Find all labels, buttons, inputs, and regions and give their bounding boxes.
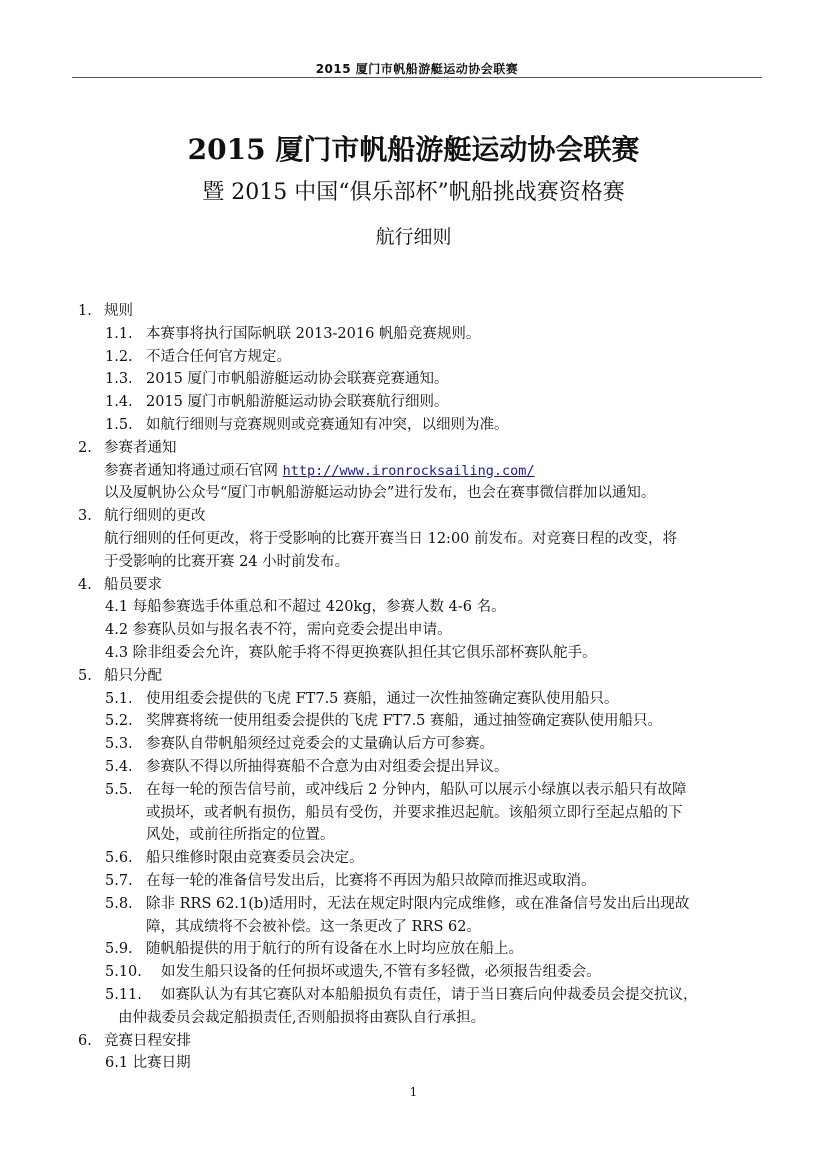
section-title: 航行细则的更改 [104,505,206,528]
item-number: 1.3. [105,368,133,391]
section-number: 5. [78,665,92,688]
list-item: 4.3 除非组委会允许，赛队舵手将不得更换赛队担任其它俱乐部杯赛队舵手。 [0,642,827,665]
document-type-title: 航行细则 [0,222,827,249]
item-number: 5.1. [105,688,133,711]
section-heading: 4. 船员要求 [0,574,827,597]
page-number: 1 [0,1085,827,1099]
section-heading: 1. 规则 [0,300,827,323]
document-subtitle: 暨 2015 中国“俱乐部杯”帆船挑战赛资格赛 [0,175,827,206]
item-text: 如发生船只设备的任何损坏或遗失,不管有多轻微，必须报告组委会。 [161,961,601,984]
document-body: 1. 规则 1.1. 本赛事将执行国际帆联 2013-2016 帆船竞赛规则。 … [0,300,827,1075]
section-title: 参赛者通知 [104,437,177,460]
list-item: 5.10. 如发生船只设备的任何损坏或遗失,不管有多轻微，必须报告组委会。 [0,961,827,984]
list-item: 5.7. 在每一轮的准备信号发出后，比赛将不再因为船只故障而推迟或取消。 [0,870,827,893]
list-item-continuation: 障，其成绩将不会被补偿。这一条更改了 RRS 62。 [0,916,827,939]
item-number: 1.4. [105,391,133,414]
item-text: 或损坏，或者帆有损伤，船员有受伤，并要求推迟起航。该船须立即行至起点船的下 [146,802,683,825]
item-text: 船只维修时限由竞赛委员会决定。 [146,847,364,870]
item-number: 5.10. [105,961,142,984]
item-text: 不适合任何官方规定。 [146,346,291,369]
section-number: 4. [78,574,92,597]
item-text: 参赛队不得以所抽得赛船不合意为由对组委会提出异议。 [146,756,509,779]
list-item: 1.2. 不适合任何官方规定。 [0,346,827,369]
list-item-continuation: 由仲裁委员会裁定船损责任,否则船损将由赛队自行承担。 [0,1007,827,1030]
list-item: 5.4. 参赛队不得以所抽得赛船不合意为由对组委会提出异议。 [0,756,827,779]
list-item: 1.1. 本赛事将执行国际帆联 2013-2016 帆船竞赛规则。 [0,323,827,346]
item-text: 使用组委会提供的飞虎 FT7.5 赛船，通过一次性抽签确定赛队使用船只。 [146,688,619,711]
section-title: 船员要求 [104,574,162,597]
list-item: 1.5. 如航行细则与竞赛规则或竞赛通知有冲突，以细则为准。 [0,414,827,437]
section-heading: 6. 竞赛日程安排 [0,1030,827,1053]
list-item: 5.6. 船只维修时限由竞赛委员会决定。 [0,847,827,870]
running-header: 2015 厦门市帆船游艇运动协会联赛 [72,60,762,77]
item-number: 1.5. [105,414,133,437]
item-number: 5.7. [105,870,133,893]
website-link[interactable]: http://www.ironrocksailing.com/ [283,463,535,479]
item-text: 4.2 参赛队员如与报名表不符，需向竞委会提出申请。 [105,619,452,642]
item-number: 5.3. [105,733,133,756]
list-item: 1.4. 2015 厦门市帆船游艇运动协会联赛航行细则。 [0,391,827,414]
section-title: 竞赛日程安排 [104,1030,191,1053]
item-text: 在每一轮的预告信号前，或冲线后 2 分钟内，船队可以展示小绿旗以表示船只有故障 [146,779,686,802]
paragraph-text: 以及厦帆协公众号“厦门市帆船游艇运动协会”进行发布，也会在赛事微信群加以通知。 [104,482,655,505]
paragraph-line: 参赛者通知将通过顽石官网 http://www.ironrocksailing.… [0,460,827,483]
list-item: 5.3. 参赛队自带帆船须经过竞委会的丈量确认后方可参赛。 [0,733,827,756]
section-heading: 5. 船只分配 [0,665,827,688]
paragraph-line: 航行细则的任何更改，将于受影响的比赛开赛当日 12:00 前发布。对竞赛日程的改… [0,528,827,551]
paragraph-text-prefix: 参赛者通知将通过顽石官网 [104,463,283,479]
item-text: 除非 RRS 62.1(b)适用时，无法在规定时限内完成维修，或在准备信号发出后… [146,893,689,916]
list-item-continuation: 或损坏，或者帆有损伤，船员有受伤，并要求推迟起航。该船须立即行至起点船的下 [0,802,827,825]
section-title: 船只分配 [104,665,162,688]
item-number: 5.9. [105,938,133,961]
item-number: 1.2. [105,346,133,369]
paragraph-text: 参赛者通知将通过顽石官网 http://www.ironrocksailing.… [104,460,535,483]
item-text: 本赛事将执行国际帆联 2013-2016 帆船竞赛规则。 [146,323,480,346]
item-number: 5.5. [105,779,133,802]
paragraph-text: 航行细则的任何更改，将于受影响的比赛开赛当日 12:00 前发布。对竞赛日程的改… [104,528,677,551]
item-text: 参赛队自带帆船须经过竞委会的丈量确认后方可参赛。 [146,733,494,756]
item-text: 2015 厦门市帆船游艇运动协会联赛航行细则。 [146,391,449,414]
item-number: 5.11. [105,984,142,1007]
item-number: 5.2. [105,710,133,733]
item-number: 5.4. [105,756,133,779]
section-title: 规则 [104,300,133,323]
list-item: 4.1 每船参赛选手体重总和不超过 420kg，参赛人数 4-6 名。 [0,596,827,619]
item-text: 6.1 比赛日期 [105,1052,191,1075]
item-number: 1.1. [105,323,133,346]
item-number: 5.6. [105,847,133,870]
document-title: 2015 厦门市帆船游艇运动协会联赛 [0,128,827,168]
item-text: 如赛队认为有其它赛队对本船船损负有责任，请于当日赛后向仲裁委员会提交抗议， [161,984,698,1007]
item-text: 在每一轮的准备信号发出后，比赛将不再因为船只故障而推迟或取消。 [146,870,596,893]
section-number: 6. [78,1030,92,1053]
paragraph-line: 于受影响的比赛开赛 24 小时前发布。 [0,551,827,574]
section-number: 2. [78,437,92,460]
list-item: 1.3. 2015 厦门市帆船游艇运动协会联赛竞赛通知。 [0,368,827,391]
list-item: 5.5. 在每一轮的预告信号前，或冲线后 2 分钟内，船队可以展示小绿旗以表示船… [0,779,827,802]
item-text: 风处，或前往所指定的位置。 [146,824,335,847]
list-item: 4.2 参赛队员如与报名表不符，需向竞委会提出申请。 [0,619,827,642]
item-text: 4.3 除非组委会允许，赛队舵手将不得更换赛队担任其它俱乐部杯赛队舵手。 [105,642,597,665]
list-item: 5.1. 使用组委会提供的飞虎 FT7.5 赛船，通过一次性抽签确定赛队使用船只… [0,688,827,711]
item-text: 2015 厦门市帆船游艇运动协会联赛竞赛通知。 [146,368,449,391]
list-item: 5.11. 如赛队认为有其它赛队对本船船损负有责任，请于当日赛后向仲裁委员会提交… [0,984,827,1007]
item-text: 如航行细则与竞赛规则或竞赛通知有冲突，以细则为准。 [146,414,509,437]
list-item: 5.9. 随帆船提供的用于航行的所有设备在水上时均应放在船上。 [0,938,827,961]
list-item: 5.8. 除非 RRS 62.1(b)适用时，无法在规定时限内完成维修，或在准备… [0,893,827,916]
paragraph-text: 于受影响的比赛开赛 24 小时前发布。 [104,551,349,574]
item-text: 随帆船提供的用于航行的所有设备在水上时均应放在船上。 [146,938,523,961]
list-item: 6.1 比赛日期 [0,1052,827,1075]
section-heading: 2. 参赛者通知 [0,437,827,460]
item-text: 由仲裁委员会裁定船损责任,否则船损将由赛队自行承担。 [118,1007,485,1030]
item-text: 奖牌赛将统一使用组委会提供的飞虎 FT7.5 赛船，通过抽签确定赛队使用船只。 [146,710,662,733]
paragraph-line: 以及厦帆协公众号“厦门市帆船游艇运动协会”进行发布，也会在赛事微信群加以通知。 [0,482,827,505]
item-text: 4.1 每船参赛选手体重总和不超过 420kg，参赛人数 4-6 名。 [105,596,506,619]
header-rule [72,77,762,78]
list-item-continuation: 风处，或前往所指定的位置。 [0,824,827,847]
section-number: 3. [78,505,92,528]
list-item: 5.2. 奖牌赛将统一使用组委会提供的飞虎 FT7.5 赛船，通过抽签确定赛队使… [0,710,827,733]
section-number: 1. [78,300,92,323]
item-number: 5.8. [105,893,133,916]
item-text: 障，其成绩将不会被补偿。这一条更改了 RRS 62。 [146,916,481,939]
section-heading: 3. 航行细则的更改 [0,505,827,528]
